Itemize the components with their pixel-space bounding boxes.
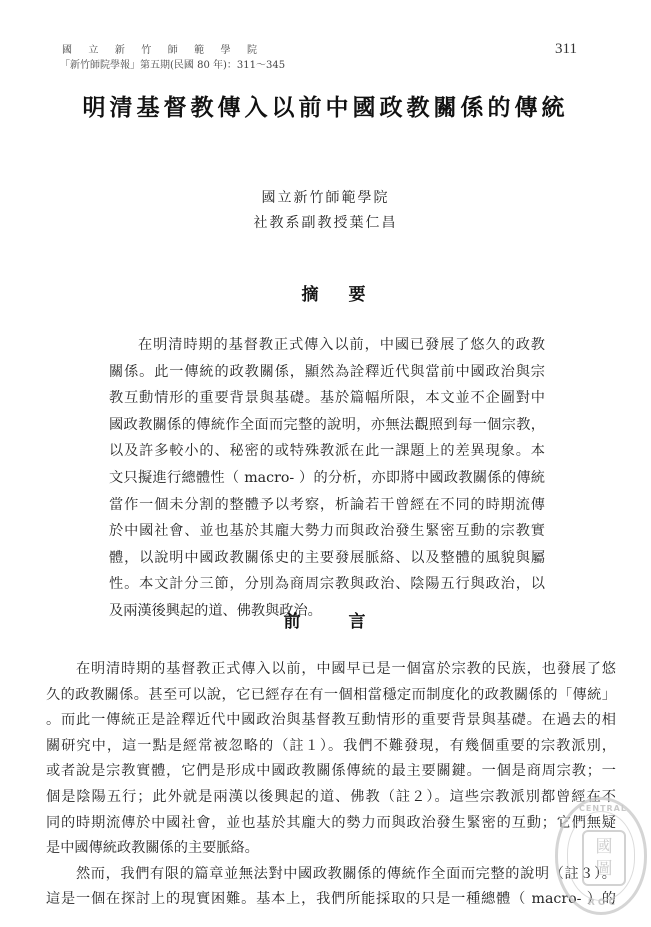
header-char: 學: [221, 45, 231, 57]
heading-char: 要: [349, 284, 366, 306]
header-institution: 國 立 新 竹 師 範 學 院: [62, 45, 257, 57]
abstract-line: 當作一個未分割的整體予以考察，析論若干曾經在不同的時期流傳: [109, 492, 545, 519]
abstract-line: 性。本文計分三節，分別為商周宗教與政治、陰陽五行與政治，以: [109, 571, 545, 598]
header-char: 師: [168, 45, 178, 57]
abstract-line: 於中國社會、並也基於其龐大勢力而與政治發生緊密互動的宗教實: [109, 518, 545, 545]
abstract-line: 教互動情形的重要背景與基礎。基於篇幅所限，本文並不企圖對中: [109, 385, 545, 412]
header-char: 立: [88, 45, 98, 57]
body-line: 關研究中，這一點是經常被忽略的（註１）。我們不難發現，有幾個重要的宗教派別，: [46, 734, 616, 760]
stamp-char: 圖: [596, 858, 613, 880]
body-line: 個是陰陽五行；此外就是兩漢以後興起的道、佛教（註２）。這些宗教派別都曾經在不: [46, 785, 616, 811]
stamp-top-text: CENTRAL: [564, 804, 642, 813]
body-line: 這是一個在探討上的現實困難。基本上，我們所能採取的只是一種總體（ macro- …: [46, 887, 616, 913]
abstract-line: 體，以說明中國政教關係史的主要發展脈絡、以及整體的風貌與屬: [109, 545, 545, 572]
body-line: 久的政教關係。甚至可以說，它已經存在有一個相當穩定而制度化的政教關係的「傳統」: [46, 683, 616, 709]
stamp-bottom-text: ROC: [564, 898, 642, 908]
body-line: 或者說是宗教實體，它們是形成中國政教關係傳統的最主要關鍵。一個是商周宗教；一: [46, 759, 616, 785]
header-char: 院: [247, 45, 257, 57]
library-stamp: CENTRAL 國 圖 ROC: [555, 797, 647, 915]
abstract-line: 以及許多較小的、秘密的或特殊教派在此一課題上的差異現象。本: [109, 438, 545, 465]
abstract-line: 關係。此一傳統的政教關係，顯然為詮釋近代與當前中國政治與宗: [109, 359, 545, 386]
heading-char: 摘: [302, 284, 319, 306]
header-char: 新: [115, 45, 125, 57]
stamp-seal: 國 圖: [582, 830, 626, 886]
body-line: 在明清時期的基督教正式傳入以前，中國早已是一個富於宗教的民族，也發展了悠: [46, 657, 616, 683]
body-line: 同的時期流傳於中國社會，並也基於其龐大的勢力而與政治發生緊密的互動；它們無疑: [46, 811, 616, 837]
page-number: 311: [555, 41, 577, 58]
introduction-body: 在明清時期的基督教正式傳入以前，中國早已是一個富於宗教的民族，也發展了悠 久的政…: [46, 657, 616, 913]
introduction-heading: 前言: [0, 611, 650, 633]
article-title: 明清基督教傳入以前中國政教關係的傳統: [0, 93, 651, 123]
abstract-body: 在明清時期的基督教正式傳入以前，中國已發展了悠久的政教 關係。此一傳統的政教關係…: [109, 332, 545, 625]
stamp-char: 國: [596, 836, 613, 858]
heading-char: 言: [349, 611, 366, 633]
abstract-line: 文只擬進行總體性（ macro- ）的分析，亦即將中國政教關係的傳統: [109, 465, 545, 492]
body-line: 然而，我們有限的篇章並無法對中國政教關係的傳統作全面而完整的說明（註３）。: [46, 862, 616, 888]
author-name: 社教系副教授葉仁昌: [0, 214, 651, 232]
header-char: 範: [194, 45, 204, 57]
abstract-line: 在明清時期的基督教正式傳入以前，中國已發展了悠久的政教: [109, 332, 545, 359]
heading-char: 前: [284, 611, 301, 633]
body-line: 。而此一傳統正是詮釋近代中國政治與基督教互動情形的重要背景與基礎。在過去的相: [46, 708, 616, 734]
abstract-line: 國政教關係的傳統作全面而完整的說明，亦無法觀照到每一個宗教，: [109, 412, 545, 439]
journal-citation: 「新竹師院學報」第五期(民國 80 年)：311～345: [60, 60, 285, 72]
header-char: 國: [62, 45, 72, 57]
abstract-heading: 摘要: [8, 284, 651, 306]
header-char: 竹: [141, 45, 151, 57]
body-line: 是中國傳統政教關係的主要脈絡。: [46, 836, 616, 862]
author-affiliation: 國立新竹師範學院: [0, 189, 651, 207]
